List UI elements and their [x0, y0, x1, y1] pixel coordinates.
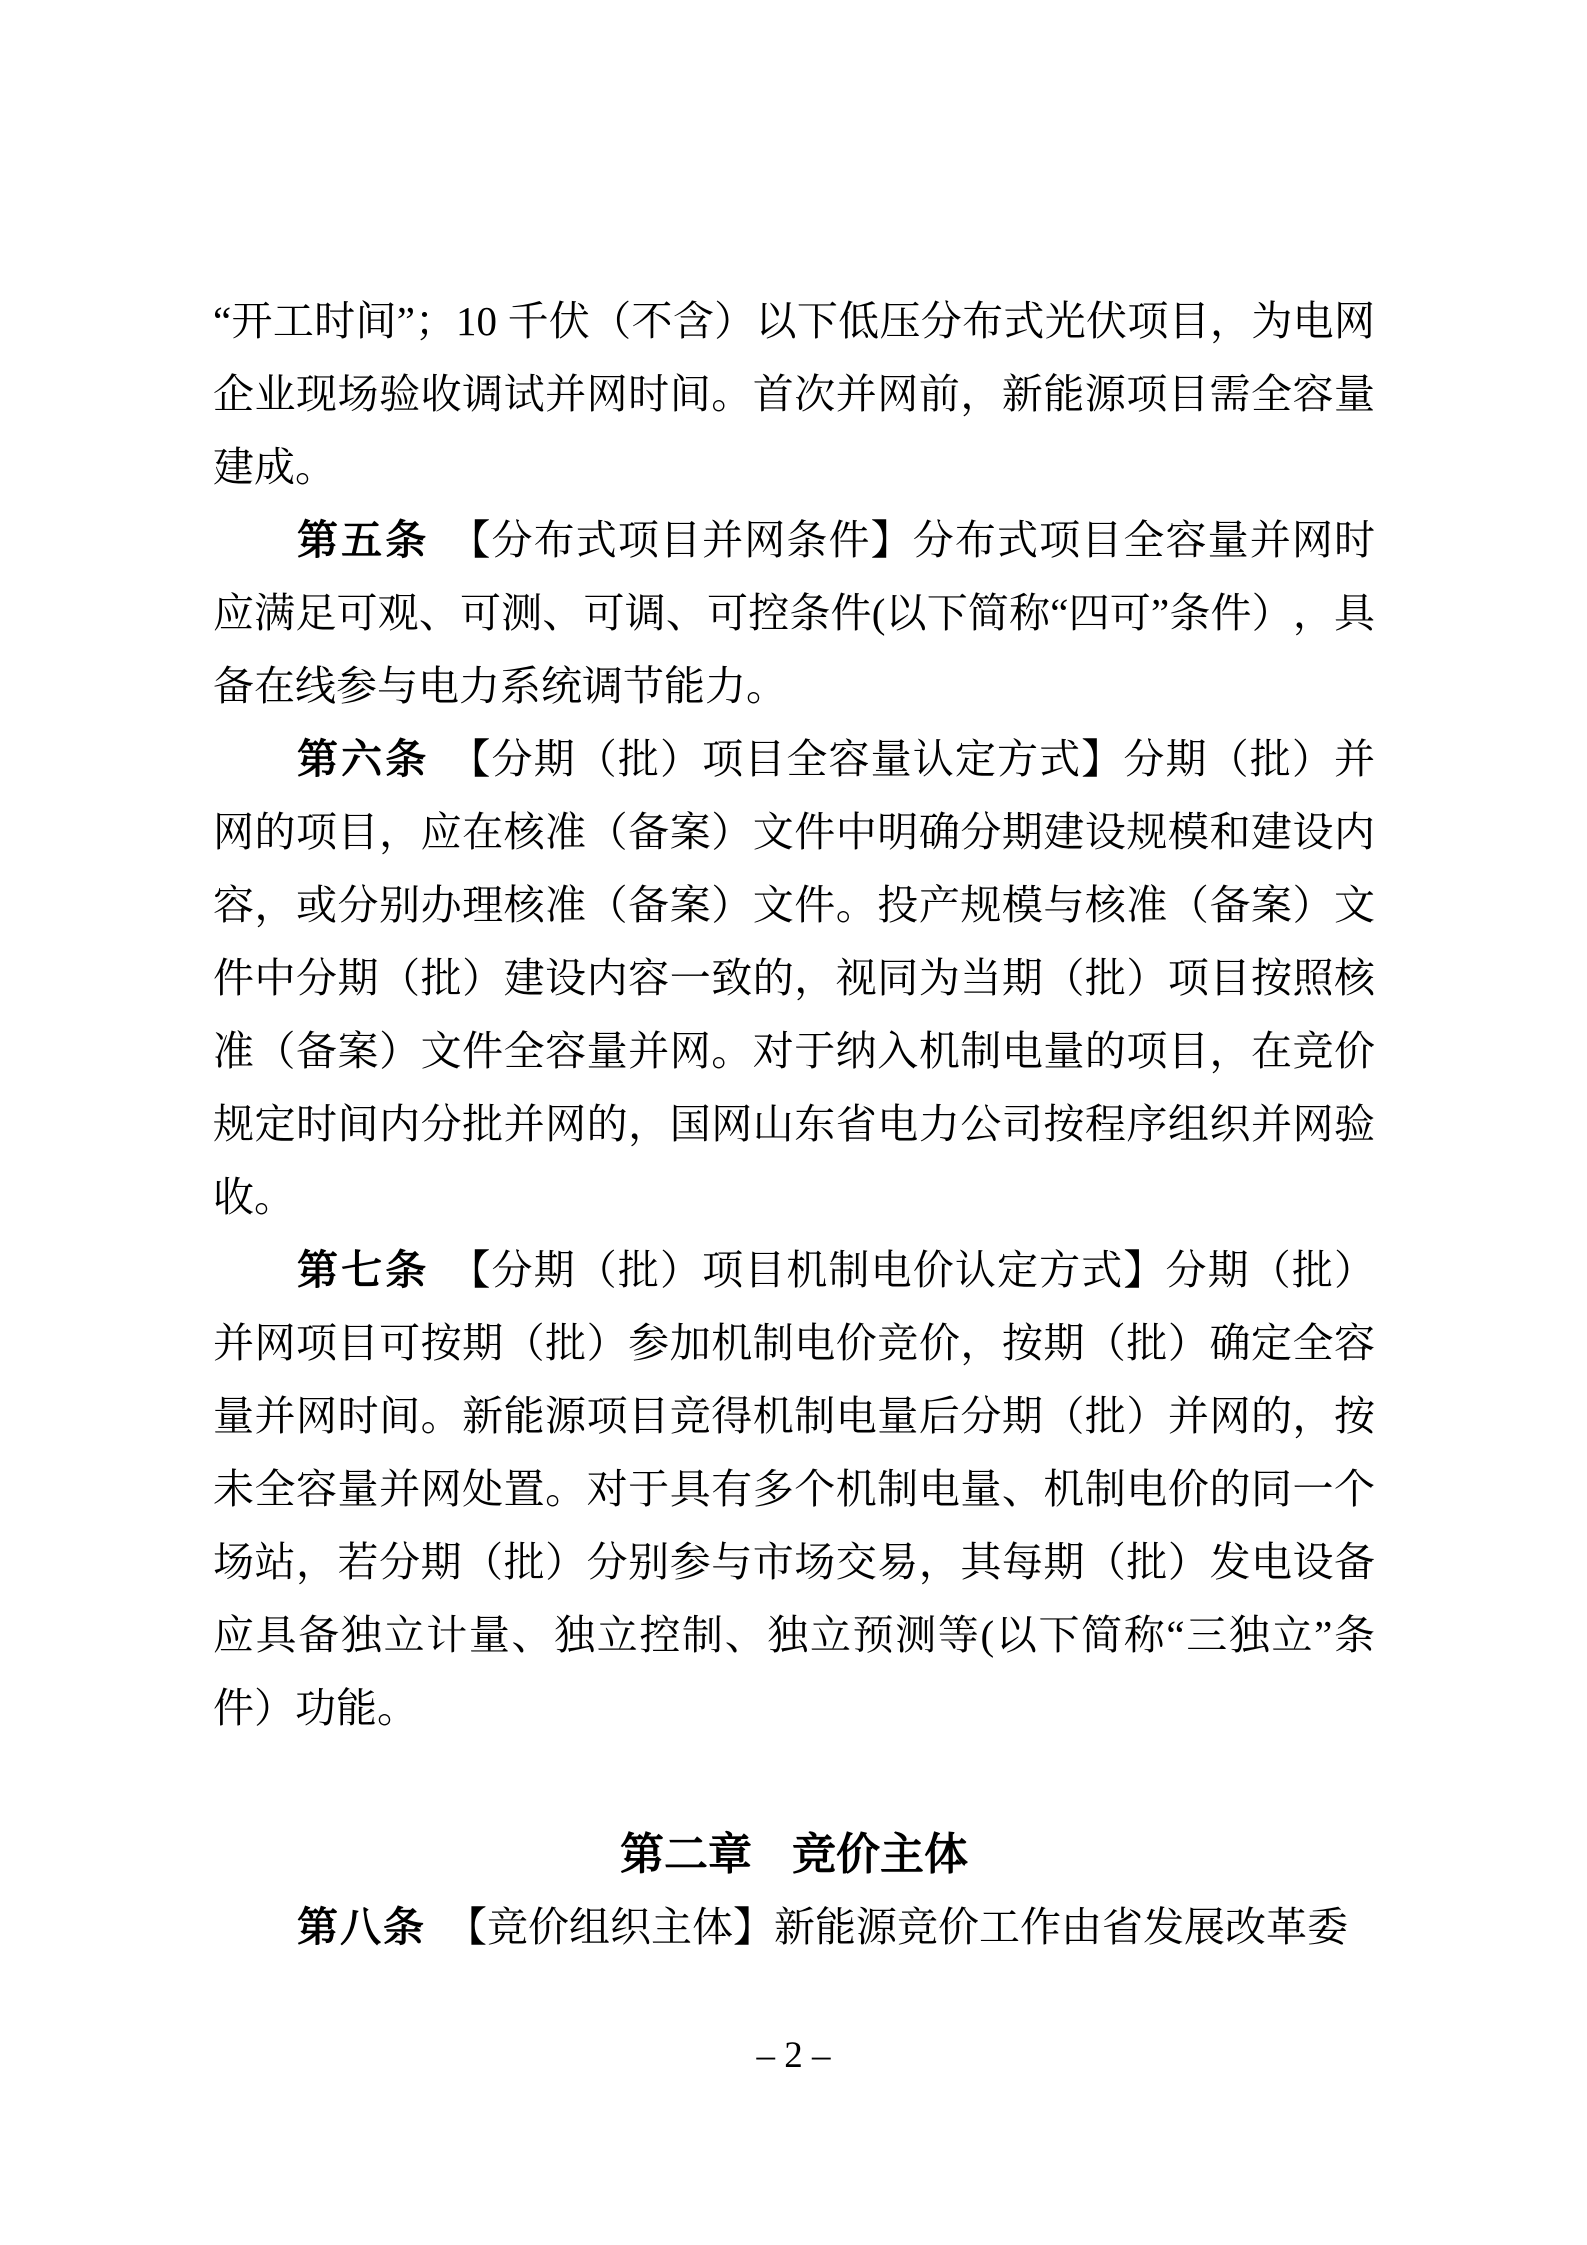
- article-8-number: 第八条: [297, 1904, 426, 1950]
- chapter-title: 竞价主体: [792, 1830, 968, 1879]
- article-5-paragraph: 第五条【分布式项目并网条件】分布式项目全容量并网时应满足可观、可测、可调、可控条…: [213, 504, 1375, 723]
- article-8-paragraph: 第八条【竞价组织主体】新能源竞价工作由省发展改革委: [213, 1891, 1375, 1964]
- article-5-title: 【分布式项目并网条件】: [449, 517, 912, 563]
- document-body: “开工时间”；10 千伏（不含）以下低压分布式光伏项目，为电网企业现场验收调试并…: [213, 285, 1375, 1964]
- paragraph-continuation: “开工时间”；10 千伏（不含）以下低压分布式光伏项目，为电网企业现场验收调试并…: [213, 285, 1375, 504]
- article-7-text: 分期（批）并网项目可按期（批）参加机制电价竞价，按期（批）确定全容量并网时间。新…: [213, 1247, 1375, 1731]
- article-5-number: 第五条: [297, 517, 429, 563]
- article-8-title: 【竞价组织主体】: [446, 1904, 774, 1950]
- article-6-title: 【分期（批）项目全容量认定方式】: [449, 736, 1123, 782]
- paragraph-continuation-text: “开工时间”；10 千伏（不含）以下低压分布式光伏项目，为电网企业现场验收调试并…: [213, 298, 1375, 490]
- document-page: “开工时间”；10 千伏（不含）以下低压分布式光伏项目，为电网企业现场验收调试并…: [0, 0, 1587, 2245]
- article-8-text: 新能源竞价工作由省发展改革委: [774, 1904, 1348, 1950]
- article-6-text: 分期（批）并网的项目，应在核准（备案）文件中明确分期建设规模和建设内容，或分别办…: [213, 736, 1375, 1220]
- article-7-number: 第七条: [297, 1247, 429, 1293]
- chapter-number: 第二章: [620, 1830, 752, 1879]
- page-number: – 2 –: [0, 2032, 1587, 2080]
- chapter-heading: 第二章竞价主体: [213, 1818, 1375, 1891]
- article-7-title: 【分期（批）项目机制电价认定方式】: [449, 1247, 1165, 1293]
- article-7-paragraph: 第七条【分期（批）项目机制电价认定方式】分期（批）并网项目可按期（批）参加机制电…: [213, 1234, 1375, 1745]
- article-6-paragraph: 第六条【分期（批）项目全容量认定方式】分期（批）并网的项目，应在核准（备案）文件…: [213, 723, 1375, 1234]
- article-6-number: 第六条: [297, 736, 429, 782]
